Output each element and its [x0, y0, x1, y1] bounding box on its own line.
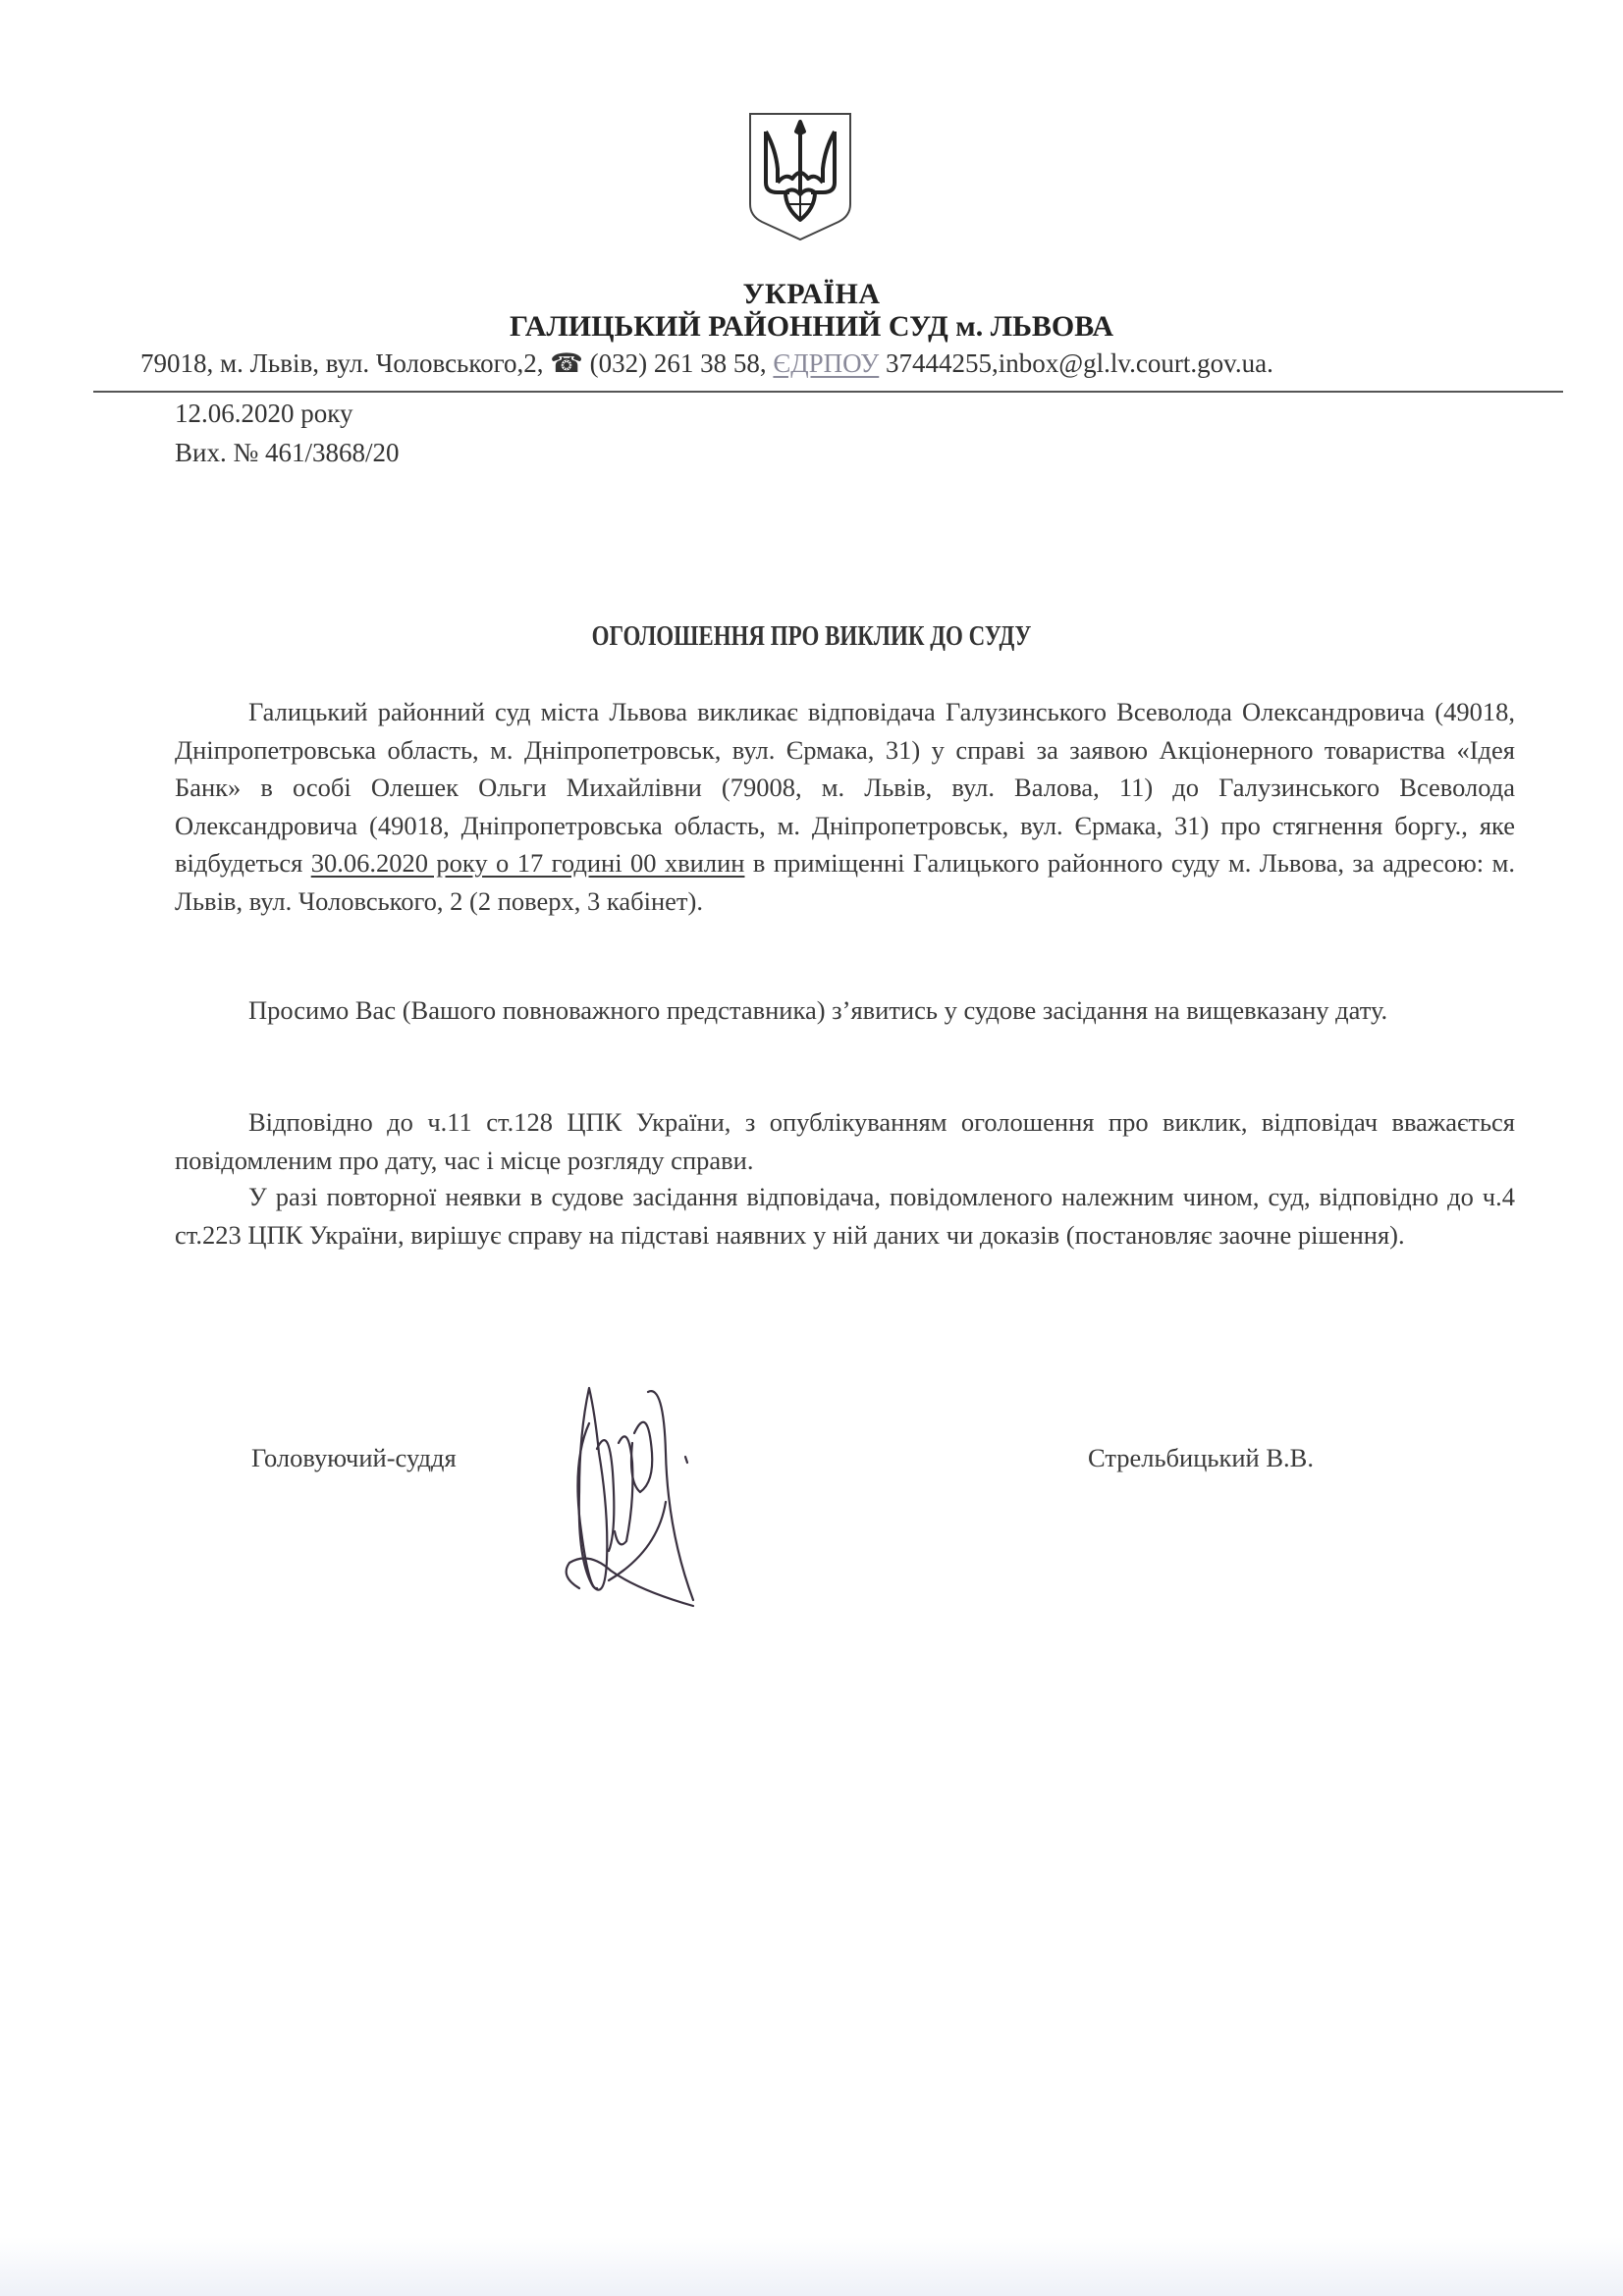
edrpou-label: ЄДРПОУ: [773, 348, 879, 378]
court-address: 79018, м. Львів, вул. Чоловського,2,: [140, 348, 544, 378]
handwritten-signature-icon: [550, 1355, 746, 1629]
scan-edge-shadow: [0, 2237, 1623, 2296]
edrpou-code: 37444255,: [886, 348, 999, 378]
telephone-icon: ☎: [550, 348, 583, 378]
legal-notice-paragraph: Відповідно до ч.11 ст.128 ЦПК України, з…: [175, 1103, 1515, 1179]
outgoing-number: Вих. № 461/3868/20: [175, 438, 399, 468]
country-title: УКРАЇНА: [0, 278, 1623, 311]
signatory-name: Стрельбицький В.В.: [1088, 1443, 1314, 1473]
ukraine-trident-icon: [746, 110, 854, 243]
signatory-role: Головуючий-суддя: [251, 1443, 457, 1473]
court-name: ГАЛИЦЬКИЙ РАЙОННИЙ СУД м. ЛЬВОВА: [0, 310, 1623, 344]
court-email[interactable]: inbox@gl.lv.court.gov.ua.: [999, 348, 1273, 378]
summons-paragraph: Галицький районний суд міста Львова викл…: [175, 693, 1515, 920]
document-date: 12.06.2020 року: [175, 399, 353, 429]
request-paragraph: Просимо Вас (Вашого повноважного предста…: [175, 991, 1515, 1030]
letterhead-divider: [93, 391, 1563, 393]
hearing-datetime: 30.06.2020 року о 17 годині 00 хвилин: [311, 848, 745, 878]
document-heading: ОГОЛОШЕННЯ ПРО ВИКЛИК ДО СУДУ: [146, 621, 1477, 653]
court-contacts: 79018, м. Львів, вул. Чоловського,2, ☎ (…: [140, 348, 1273, 379]
court-phone: (032) 261 38 58,: [590, 348, 767, 378]
default-judgment-paragraph: У разі повторної неявки в судове засідан…: [175, 1178, 1515, 1254]
